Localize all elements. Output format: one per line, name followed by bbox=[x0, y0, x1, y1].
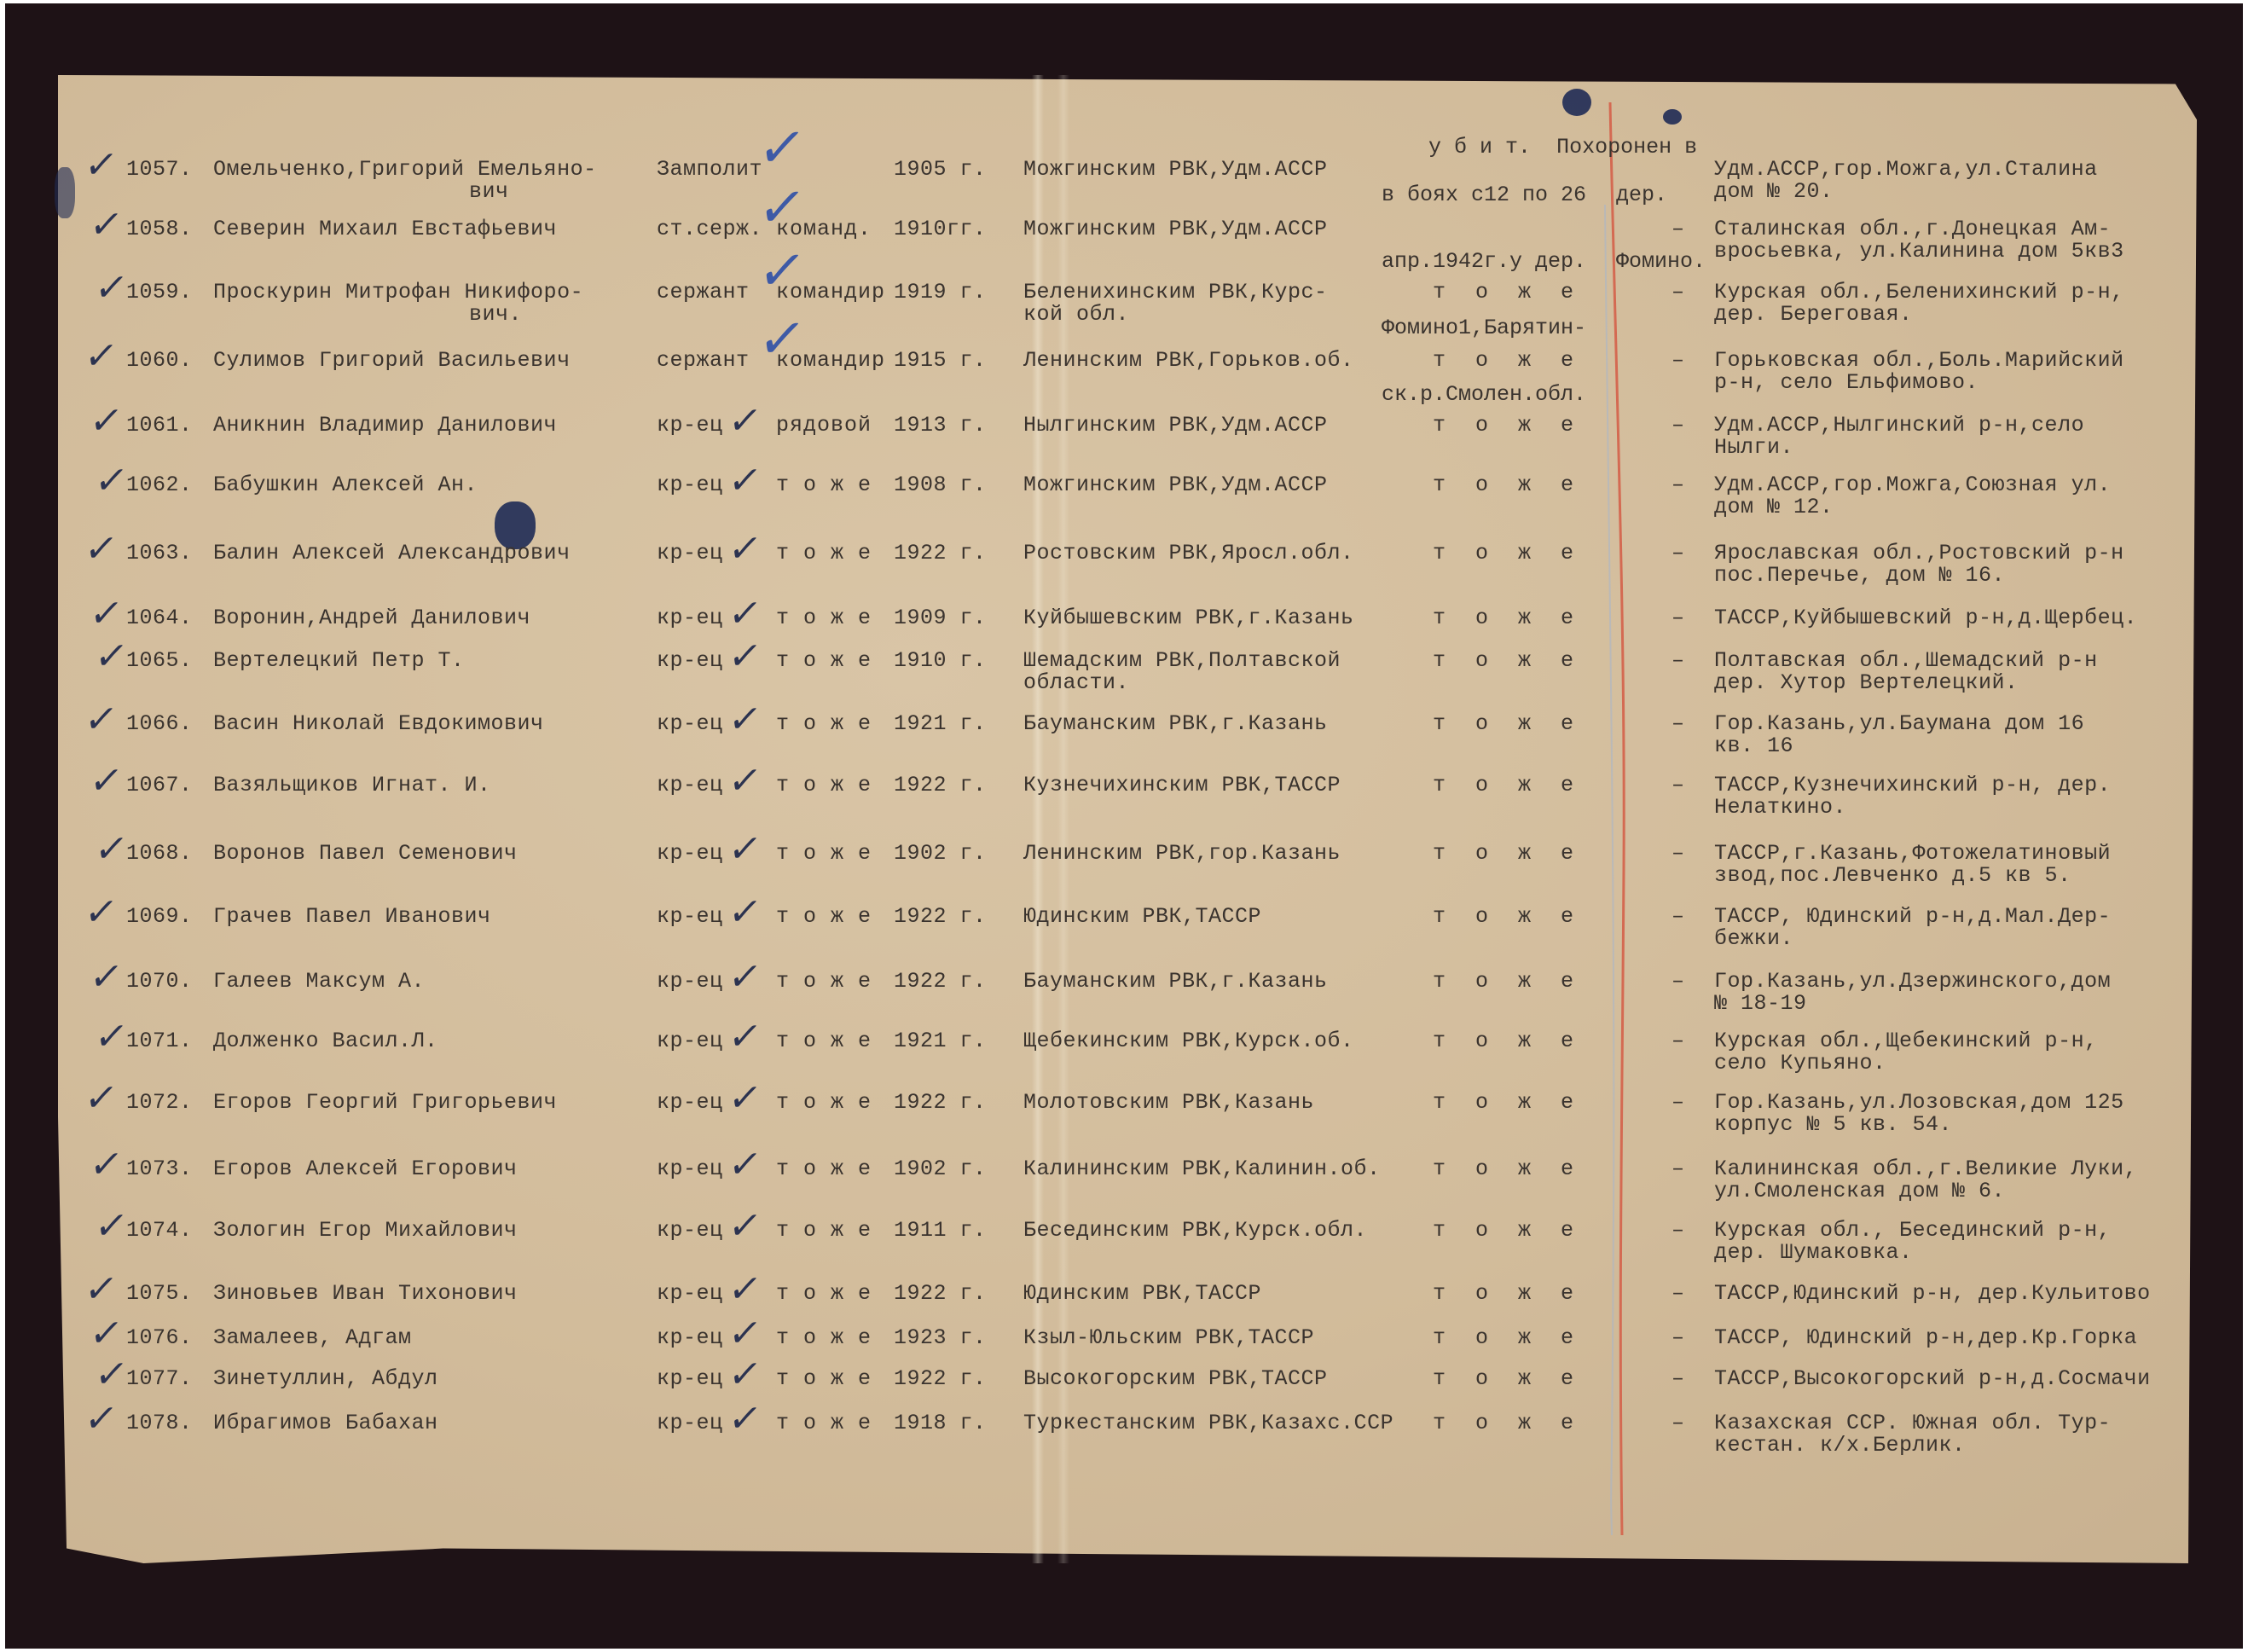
home-address: Удм.АССР,гор.Можга,ул.Сталинадом № 20. bbox=[1714, 159, 2098, 203]
soldier-name: Воронов Павел Семенович bbox=[213, 843, 518, 865]
soldier-name: Егоров Алексей Егорович bbox=[213, 1158, 518, 1180]
check-mark-icon: ✓ bbox=[82, 701, 120, 739]
birth-year: 1915 г. bbox=[894, 350, 987, 372]
dash-separator: – bbox=[1672, 1220, 1685, 1242]
name-line: Сулимов Григорий Васильевич bbox=[213, 350, 571, 372]
check-mark-icon: ✓ bbox=[87, 1315, 125, 1353]
draft-office-line: Шемадским РВК,Полтавской bbox=[1023, 650, 1341, 672]
draft-office: Бесединским РВК,Курск.обл. bbox=[1023, 1220, 1367, 1242]
draft-office: Можгинским РВК,Удм.АССР bbox=[1023, 474, 1328, 496]
fate-same: т о ж е bbox=[1433, 650, 1582, 672]
draft-office: Ленинским РВК,гор.Казань bbox=[1023, 843, 1341, 865]
military-rank: кр-ец bbox=[657, 607, 723, 629]
home-address: ТАССР,Куйбышевский р-н,д.Щербец. bbox=[1714, 607, 2137, 629]
ink-blot bbox=[1562, 89, 1591, 116]
home-address: ТАССР,г.Казань,Фотожелатиновыйзвод,пос.Л… bbox=[1714, 843, 2111, 887]
military-rank: кр-ец bbox=[657, 906, 723, 928]
soldier-name: Зологин Егор Михайлович bbox=[213, 1220, 518, 1242]
dash-separator: – bbox=[1672, 281, 1685, 304]
draft-office-line: Щебекинским РВК,Курск.об. bbox=[1023, 1030, 1354, 1052]
birth-year: 1910гг. bbox=[894, 218, 987, 241]
row-number: 1066. bbox=[126, 713, 193, 735]
table-row: ✓1074.Зологин Егор Михайловичкр-ец✓т о ж… bbox=[0, 1220, 2248, 1288]
soldier-name: Зинетуллин, Абдул bbox=[213, 1368, 438, 1390]
dash-separator: – bbox=[1672, 1283, 1685, 1305]
dash-separator: – bbox=[1672, 474, 1685, 496]
dash-separator: – bbox=[1672, 414, 1685, 437]
draft-office: Высокогорским РВК,ТАССР bbox=[1023, 1368, 1328, 1390]
position: т о ж е bbox=[776, 474, 872, 496]
dash-separator: – bbox=[1672, 1030, 1685, 1052]
check-mark-icon: ✓ bbox=[82, 894, 120, 931]
draft-office-line: Бауманским РВК,г.Казань bbox=[1023, 971, 1328, 993]
check-mark-icon: ✓ bbox=[87, 959, 125, 996]
position: т о ж е bbox=[776, 1030, 872, 1052]
check-mark-icon: ✓ bbox=[726, 1208, 764, 1245]
table-row: ✓1060.Сулимов Григорий Васильевичсержант… bbox=[0, 350, 2248, 418]
address-line: ТАССР,Кузнечихинский р-н, дер. bbox=[1714, 774, 2111, 797]
home-address: Полтавская обл.,Шемадский р-ндер. Хутор … bbox=[1714, 650, 2098, 694]
address-line: ТАССР, Юдинский р-н,д.Мал.Дер- bbox=[1714, 906, 2111, 928]
draft-office: Беленихинским РВК,Курс-кой обл. bbox=[1023, 281, 1328, 326]
soldier-name: Вертелецкий Петр Т. bbox=[213, 650, 465, 672]
check-mark-icon: ✓ bbox=[726, 403, 764, 440]
home-address: ТАССР, Юдинский р-н,дер.Кр.Горка bbox=[1714, 1327, 2137, 1349]
row-number: 1065. bbox=[126, 650, 193, 672]
draft-office: Ростовским РВК,Яросл.обл. bbox=[1023, 542, 1354, 565]
military-rank: Замполит bbox=[657, 159, 762, 181]
table-row: ✓1059.Проскурин Митрофан Никифоро-вич.се… bbox=[0, 281, 2248, 350]
row-number: 1058. bbox=[126, 218, 193, 241]
draft-office: Ленинским РВК,Горьков.об. bbox=[1023, 350, 1354, 372]
address-line: ТАССР,Юдинский р-н, дер.Кульитово bbox=[1714, 1283, 2151, 1305]
name-line: Бабушкин Алексей Ан. bbox=[213, 474, 478, 496]
address-line: Полтавская обл.,Шемадский р-н bbox=[1714, 650, 2098, 672]
soldier-name: Ибрагимов Бабахан bbox=[213, 1412, 438, 1435]
draft-office: Бауманским РВК,г.Казань bbox=[1023, 971, 1328, 993]
home-address: Курская обл.,Щебекинский р-н,село Купьян… bbox=[1714, 1030, 2098, 1075]
name-line: Северин Михаил Евстафьевич bbox=[213, 218, 557, 241]
draft-office: Нылгинским РВК,Удм.АССР bbox=[1023, 414, 1328, 437]
check-mark-icon: ✓ bbox=[726, 1315, 764, 1353]
fate-same: т о ж е bbox=[1433, 607, 1582, 629]
home-address: ТАССР,Юдинский р-н, дер.Кульитово bbox=[1714, 1283, 2151, 1305]
birth-year: 1922 г. bbox=[894, 971, 987, 993]
address-line: ТАССР,Высокогорский р-н,д.Сосмачи bbox=[1714, 1368, 2151, 1390]
row-number: 1074. bbox=[126, 1220, 193, 1242]
draft-office: Куйбышевским РВК,г.Казань bbox=[1023, 607, 1354, 629]
military-rank: кр-ец bbox=[657, 542, 723, 565]
dash-separator: – bbox=[1672, 1412, 1685, 1435]
dash-separator: – bbox=[1672, 1092, 1685, 1114]
table-row: ✓1063.Балин Алексей Александровичкр-ец✓т… bbox=[0, 542, 2248, 611]
name-line: Галеев Максум А. bbox=[213, 971, 425, 993]
table-row: ✓1072.Егоров Георгий Григорьевичкр-ец✓т … bbox=[0, 1092, 2248, 1160]
military-rank: кр-ец bbox=[657, 1220, 723, 1242]
check-mark-icon: ✓ bbox=[87, 206, 125, 244]
fate-same: т о ж е bbox=[1433, 281, 1582, 304]
draft-office-line: Высокогорским РВК,ТАССР bbox=[1023, 1368, 1328, 1390]
address-line: Нелаткино. bbox=[1714, 797, 2111, 819]
military-rank: сержант bbox=[657, 350, 750, 372]
home-address: Курская обл.,Беленихинский р-н,дер. Бере… bbox=[1714, 281, 2124, 326]
check-mark-icon: ✓ bbox=[92, 1356, 130, 1394]
birth-year: 1922 г. bbox=[894, 1283, 987, 1305]
draft-office: Бауманским РВК,г.Казань bbox=[1023, 713, 1328, 735]
name-line: Грачев Павел Иванович bbox=[213, 906, 491, 928]
birth-year: 1922 г. bbox=[894, 542, 987, 565]
soldier-name: Аникнин Владимир Данилович bbox=[213, 414, 557, 437]
birth-year: 1923 г. bbox=[894, 1327, 987, 1349]
check-mark-icon: ✓ bbox=[82, 1080, 120, 1117]
draft-office-line: Ленинским РВК,гор.Казань bbox=[1023, 843, 1341, 865]
dash-separator: – bbox=[1672, 1327, 1685, 1349]
check-mark-icon: ✓ bbox=[82, 338, 120, 375]
address-line: бежки. bbox=[1714, 928, 2111, 950]
fate-same: т о ж е bbox=[1433, 1220, 1582, 1242]
name-line: Зологин Егор Михайлович bbox=[213, 1220, 518, 1242]
position: т о ж е bbox=[776, 1368, 872, 1390]
check-mark-icon: ✓ bbox=[726, 894, 764, 931]
position: т о ж е bbox=[776, 971, 872, 993]
name-line: Егоров Георгий Григорьевич bbox=[213, 1092, 557, 1114]
check-mark-icon: ✓ bbox=[726, 638, 764, 675]
soldier-name: Сулимов Григорий Васильевич bbox=[213, 350, 571, 372]
soldier-name: Васин Николай Евдокимович bbox=[213, 713, 544, 735]
address-line: дер. Шумаковка. bbox=[1714, 1242, 2111, 1264]
table-row: ✓1078.Ибрагимов Бабаханкр-ец✓т о ж е1918… bbox=[0, 1412, 2248, 1481]
row-number: 1070. bbox=[126, 971, 193, 993]
check-mark-icon: ✓ bbox=[726, 1271, 764, 1308]
check-mark-icon: ✓ bbox=[726, 1018, 764, 1056]
dash-separator: – bbox=[1672, 650, 1685, 672]
position: командир bbox=[776, 281, 885, 304]
birth-year: 1911 г. bbox=[894, 1220, 987, 1242]
row-number: 1078. bbox=[126, 1412, 193, 1435]
soldier-name: Омельченко,Григорий Емельяно-вич bbox=[213, 159, 597, 203]
name-line: Балин Алексей Александрович bbox=[213, 542, 571, 565]
home-address: Гор.Казань,ул.Баумана дом 16кв. 16 bbox=[1714, 713, 2084, 757]
address-line: Удм.АССР,Нылгинский р-н,село bbox=[1714, 414, 2084, 437]
address-line: р-н, село Ельфимово. bbox=[1714, 372, 2124, 394]
name-line: Вазяльщиков Игнат. И. bbox=[213, 774, 491, 797]
draft-office-line: области. bbox=[1023, 672, 1341, 694]
position: т о ж е bbox=[776, 1283, 872, 1305]
address-line: Горьковская обл.,Боль.Марийский bbox=[1714, 350, 2124, 372]
soldier-name: Проскурин Митрофан Никифоро-вич. bbox=[213, 281, 583, 326]
name-line: вич. bbox=[213, 304, 583, 326]
fate-same: т о ж е bbox=[1433, 542, 1582, 565]
address-line: пос.Перечье, дом № 16. bbox=[1714, 565, 2124, 587]
name-line: Воронов Павел Семенович bbox=[213, 843, 518, 865]
row-number: 1076. bbox=[126, 1327, 193, 1349]
address-line: Курская обл., Бесединский р-н, bbox=[1714, 1220, 2111, 1242]
dash-separator: – bbox=[1672, 774, 1685, 797]
address-line: Курская обл.,Беленихинский р-н, bbox=[1714, 281, 2124, 304]
row-number: 1059. bbox=[126, 281, 193, 304]
row-number: 1073. bbox=[126, 1158, 193, 1180]
address-line: Удм.АССР,гор.Можга,Союзная ул. bbox=[1714, 474, 2111, 496]
draft-office: Кузнечихинским РВК,ТАССР bbox=[1023, 774, 1341, 797]
soldier-name: Егоров Георгий Григорьевич bbox=[213, 1092, 557, 1114]
row-number: 1057. bbox=[126, 159, 193, 181]
birth-year: 1921 г. bbox=[894, 1030, 987, 1052]
birth-year: 1902 г. bbox=[894, 1158, 987, 1180]
check-mark-icon: ✓ bbox=[726, 1400, 764, 1438]
check-mark-icon: ✓ bbox=[726, 595, 764, 633]
dash-separator: – bbox=[1672, 843, 1685, 865]
row-number: 1062. bbox=[126, 474, 193, 496]
soldier-name: Долженко Васил.Л. bbox=[213, 1030, 438, 1052]
position: команд. bbox=[776, 218, 872, 241]
address-line: дом № 20. bbox=[1714, 181, 2098, 203]
home-address: ТАССР, Юдинский р-н,д.Мал.Дер-бежки. bbox=[1714, 906, 2111, 950]
birth-year: 1918 г. bbox=[894, 1412, 987, 1435]
name-line: Егоров Алексей Егорович bbox=[213, 1158, 518, 1180]
name-line: Долженко Васил.Л. bbox=[213, 1030, 438, 1052]
military-rank: кр-ец bbox=[657, 1158, 723, 1180]
check-mark-icon: ✓ bbox=[87, 595, 125, 633]
dash-separator: – bbox=[1672, 607, 1685, 629]
fate-same: т о ж е bbox=[1433, 971, 1582, 993]
soldier-name: Вазяльщиков Игнат. И. bbox=[213, 774, 491, 797]
military-rank: кр-ец bbox=[657, 1327, 723, 1349]
check-mark-icon: ✓ bbox=[726, 959, 764, 996]
soldier-name: Северин Михаил Евстафьевич bbox=[213, 218, 557, 241]
table-row: ✓1062.Бабушкин Алексей Ан.кр-ец✓т о ж е1… bbox=[0, 474, 2248, 542]
military-rank: кр-ец bbox=[657, 1368, 723, 1390]
position: т о ж е bbox=[776, 843, 872, 865]
check-mark-icon: ✓ bbox=[726, 1080, 764, 1117]
draft-office-line: Калининским РВК,Калинин.об. bbox=[1023, 1158, 1381, 1180]
position: т о ж е bbox=[776, 906, 872, 928]
table-row: ✓1071.Долженко Васил.Л.кр-ец✓т о ж е1921… bbox=[0, 1030, 2248, 1098]
fate-same: т о ж е bbox=[1433, 1283, 1582, 1305]
military-rank: кр-ец bbox=[657, 1412, 723, 1435]
fate-same: т о ж е bbox=[1433, 350, 1582, 372]
name-line: Зиновьев Иван Тихонович bbox=[213, 1283, 518, 1305]
check-mark-icon: ✓ bbox=[726, 701, 764, 739]
fate-same: т о ж е bbox=[1433, 414, 1582, 437]
fate-same: т о ж е bbox=[1433, 1092, 1582, 1114]
home-address: Сталинская обл.,г.Донецкая Ам-вросьевка,… bbox=[1714, 218, 2124, 263]
address-line: Калининская обл.,г.Великие Луки, bbox=[1714, 1158, 2137, 1180]
dash-separator: – bbox=[1672, 218, 1685, 241]
home-address: Удм.АССР,Нылгинский р-н,селоНылги. bbox=[1714, 414, 2084, 459]
address-line: Гор.Казань,ул.Дзержинского,дом bbox=[1714, 971, 2111, 993]
draft-office-line: Ростовским РВК,Яросл.обл. bbox=[1023, 542, 1354, 565]
position: т о ж е bbox=[776, 1327, 872, 1349]
draft-office: Можгинским РВК,Удм.АССР bbox=[1023, 218, 1328, 241]
check-mark-icon: ✓ bbox=[726, 530, 764, 568]
check-mark-icon: ✓ bbox=[82, 530, 120, 568]
address-line: Сталинская обл.,г.Донецкая Ам- bbox=[1714, 218, 2124, 241]
name-line: Зинетуллин, Абдул bbox=[213, 1368, 438, 1390]
military-rank: кр-ец bbox=[657, 650, 723, 672]
name-line: Замалеев, Адгам bbox=[213, 1327, 412, 1349]
check-mark-icon: ✓ bbox=[726, 762, 764, 800]
check-mark-icon: ✓ bbox=[82, 1400, 120, 1438]
table-row: ✓1066.Васин Николай Евдокимовичкр-ец✓т о… bbox=[0, 713, 2248, 781]
table-row: ✓1058.Северин Михаил Евстафьевичст.серж.… bbox=[0, 218, 2248, 287]
address-line: кестан. к/х.Берлик. bbox=[1714, 1435, 2111, 1457]
dash-separator: – bbox=[1672, 1368, 1685, 1390]
address-line: Удм.АССР,гор.Можга,ул.Сталина bbox=[1714, 159, 2098, 181]
birth-year: 1922 г. bbox=[894, 1092, 987, 1114]
birth-year: 1913 г. bbox=[894, 414, 987, 437]
row-number: 1060. bbox=[126, 350, 193, 372]
table-row: ✓1068.Воронов Павел Семеновичкр-ец✓т о ж… bbox=[0, 843, 2248, 911]
dash-separator: – bbox=[1672, 1158, 1685, 1180]
draft-office: Юдинским РВК,ТАССР bbox=[1023, 1283, 1261, 1305]
check-mark-icon: ✓ bbox=[87, 403, 125, 440]
draft-office: Шемадским РВК,Полтавскойобласти. bbox=[1023, 650, 1341, 694]
row-number: 1069. bbox=[126, 906, 193, 928]
check-mark-icon: ✓ bbox=[92, 831, 130, 868]
address-line: ТАССР, Юдинский р-н,дер.Кр.Горка bbox=[1714, 1327, 2137, 1349]
row-number: 1064. bbox=[126, 607, 193, 629]
position: т о ж е bbox=[776, 1158, 872, 1180]
draft-office: Щебекинским РВК,Курск.об. bbox=[1023, 1030, 1354, 1052]
name-line: Воронин,Андрей Данилович bbox=[213, 607, 530, 629]
soldier-name: Воронин,Андрей Данилович bbox=[213, 607, 530, 629]
row-number: 1077. bbox=[126, 1368, 193, 1390]
check-mark-icon: ✓ bbox=[92, 638, 130, 675]
check-mark-icon: ✓ bbox=[82, 147, 120, 184]
military-rank: кр-ец bbox=[657, 713, 723, 735]
fate-same: т о ж е bbox=[1433, 843, 1582, 865]
fate-same: т о ж е bbox=[1433, 1368, 1582, 1390]
name-line: вич bbox=[213, 181, 597, 203]
row-number: 1068. bbox=[126, 843, 193, 865]
position: рядовой bbox=[776, 414, 872, 437]
position: т о ж е bbox=[776, 607, 872, 629]
fate-same: т о ж е bbox=[1433, 1412, 1582, 1435]
row-number: 1063. bbox=[126, 542, 193, 565]
draft-office-line: Бауманским РВК,г.Казань bbox=[1023, 713, 1328, 735]
draft-office-line: Бесединским РВК,Курск.обл. bbox=[1023, 1220, 1367, 1242]
name-line: Васин Николай Евдокимович bbox=[213, 713, 544, 735]
home-address: ТАССР,Кузнечихинский р-н, дер.Нелаткино. bbox=[1714, 774, 2111, 819]
fate-same: т о ж е bbox=[1433, 713, 1582, 735]
address-line: дер. Береговая. bbox=[1714, 304, 2124, 326]
check-mark-icon: ✓ bbox=[92, 462, 130, 500]
soldier-name: Бабушкин Алексей Ан. bbox=[213, 474, 478, 496]
table-row: ✓1067.Вазяльщиков Игнат. И.кр-ец✓т о ж е… bbox=[0, 774, 2248, 843]
dash-separator: – bbox=[1672, 542, 1685, 565]
check-mark-icon: ✓ bbox=[87, 1146, 125, 1184]
draft-office-line: кой обл. bbox=[1023, 304, 1328, 326]
address-line: звод,пос.Левченко д.5 кв 5. bbox=[1714, 865, 2111, 887]
check-mark-icon: ✓ bbox=[92, 1208, 130, 1245]
position: т о ж е bbox=[776, 713, 872, 735]
draft-office-line: Можгинским РВК,Удм.АССР bbox=[1023, 474, 1328, 496]
address-line: Казахская ССР. Южная обл. Тур- bbox=[1714, 1412, 2111, 1435]
check-mark-icon: ✓ bbox=[87, 762, 125, 800]
fate-same: т о ж е bbox=[1433, 1327, 1582, 1349]
check-mark-icon: ✓ bbox=[92, 1018, 130, 1056]
fate-same: т о ж е bbox=[1433, 1158, 1582, 1180]
name-line: Ибрагимов Бабахан bbox=[213, 1412, 438, 1435]
position: т о ж е bbox=[776, 1412, 872, 1435]
address-line: Нылги. bbox=[1714, 437, 2084, 459]
military-rank: кр-ец bbox=[657, 474, 723, 496]
check-mark-icon: ✓ bbox=[726, 831, 764, 868]
military-rank: кр-ец bbox=[657, 971, 723, 993]
address-line: корпус № 5 кв. 54. bbox=[1714, 1114, 2124, 1136]
address-line: вросьевка, ул.Калинина дом 5кв3 bbox=[1714, 241, 2124, 263]
position: т о ж е bbox=[776, 1092, 872, 1114]
position: т о ж е bbox=[776, 1220, 872, 1242]
soldier-name: Замалеев, Адгам bbox=[213, 1327, 412, 1349]
home-address: Гор.Казань,ул.Дзержинского,дом№ 18-19 bbox=[1714, 971, 2111, 1015]
home-address: ТАССР,Высокогорский р-н,д.Сосмачи bbox=[1714, 1368, 2151, 1390]
position: командир bbox=[776, 350, 885, 372]
address-line: Ярославская обл.,Ростовский р-н bbox=[1714, 542, 2124, 565]
military-rank: ст.серж. bbox=[657, 218, 762, 241]
row-number: 1072. bbox=[126, 1092, 193, 1114]
address-line: Гор.Казань,ул.Баумана дом 16 bbox=[1714, 713, 2084, 735]
draft-office: Калининским РВК,Калинин.об. bbox=[1023, 1158, 1381, 1180]
home-address: Удм.АССР,гор.Можга,Союзная ул.дом № 12. bbox=[1714, 474, 2111, 519]
dash-separator: – bbox=[1672, 906, 1685, 928]
check-mark-icon: ✓ bbox=[92, 270, 130, 307]
home-address: Курская обл., Бесединский р-н,дер. Шумак… bbox=[1714, 1220, 2111, 1264]
table-row: ✓1065.Вертелецкий Петр Т.кр-ец✓т о ж е19… bbox=[0, 650, 2248, 718]
draft-office-line: Юдинским РВК,ТАССР bbox=[1023, 906, 1261, 928]
draft-office-line: Ленинским РВК,Горьков.об. bbox=[1023, 350, 1354, 372]
draft-office-line: Нылгинским РВК,Удм.АССР bbox=[1023, 414, 1328, 437]
draft-office-line: Беленихинским РВК,Курс- bbox=[1023, 281, 1328, 304]
position: т о ж е bbox=[776, 774, 872, 797]
draft-office: Юдинским РВК,ТАССР bbox=[1023, 906, 1261, 928]
soldier-name: Зиновьев Иван Тихонович bbox=[213, 1283, 518, 1305]
row-number: 1067. bbox=[126, 774, 193, 797]
birth-year: 1922 г. bbox=[894, 1368, 987, 1390]
name-line: Вертелецкий Петр Т. bbox=[213, 650, 465, 672]
check-mark-icon: ✓ bbox=[726, 1356, 764, 1394]
draft-office-line: Можгинским РВК,Удм.АССР bbox=[1023, 218, 1328, 241]
draft-office-line: Можгинским РВК,Удм.АССР bbox=[1023, 159, 1328, 181]
address-line: Курская обл.,Щебекинский р-н, bbox=[1714, 1030, 2098, 1052]
military-rank: кр-ец bbox=[657, 1092, 723, 1114]
military-rank: кр-ец bbox=[657, 414, 723, 437]
table-row: ✓1073.Егоров Алексей Егоровичкр-ец✓т о ж… bbox=[0, 1158, 2248, 1226]
draft-office: Можгинским РВК,Удм.АССР bbox=[1023, 159, 1328, 181]
address-line: кв. 16 bbox=[1714, 735, 2084, 757]
draft-office-line: Кзыл-Юльским РВК,ТАССР bbox=[1023, 1327, 1314, 1349]
row-number: 1075. bbox=[126, 1283, 193, 1305]
military-rank: сержант bbox=[657, 281, 750, 304]
birth-year: 1908 г. bbox=[894, 474, 987, 496]
military-rank: кр-ец bbox=[657, 843, 723, 865]
birth-year: 1905 г. bbox=[894, 159, 987, 181]
home-address: Ярославская обл.,Ростовский р-нпос.Переч… bbox=[1714, 542, 2124, 587]
name-line: Омельченко,Григорий Емельяно- bbox=[213, 159, 597, 181]
address-line: дер. Хутор Вертелецкий. bbox=[1714, 672, 2098, 694]
home-address: Гор.Казань,ул.Лозовская,дом 125корпус № … bbox=[1714, 1092, 2124, 1136]
table-row: ✓1069.Грачев Павел Ивановичкр-ец✓т о ж е… bbox=[0, 906, 2248, 974]
dash-separator: – bbox=[1672, 971, 1685, 993]
name-line: Аникнин Владимир Данилович bbox=[213, 414, 557, 437]
soldier-name: Грачев Павел Иванович bbox=[213, 906, 491, 928]
birth-year: 1922 г. bbox=[894, 906, 987, 928]
draft-office: Туркестанским РВК,Казахс.ССР bbox=[1023, 1412, 1393, 1435]
fate-same: т о ж е bbox=[1433, 906, 1582, 928]
birth-year: 1909 г. bbox=[894, 607, 987, 629]
draft-office-line: Юдинским РВК,ТАССР bbox=[1023, 1283, 1261, 1305]
row-number: 1061. bbox=[126, 414, 193, 437]
